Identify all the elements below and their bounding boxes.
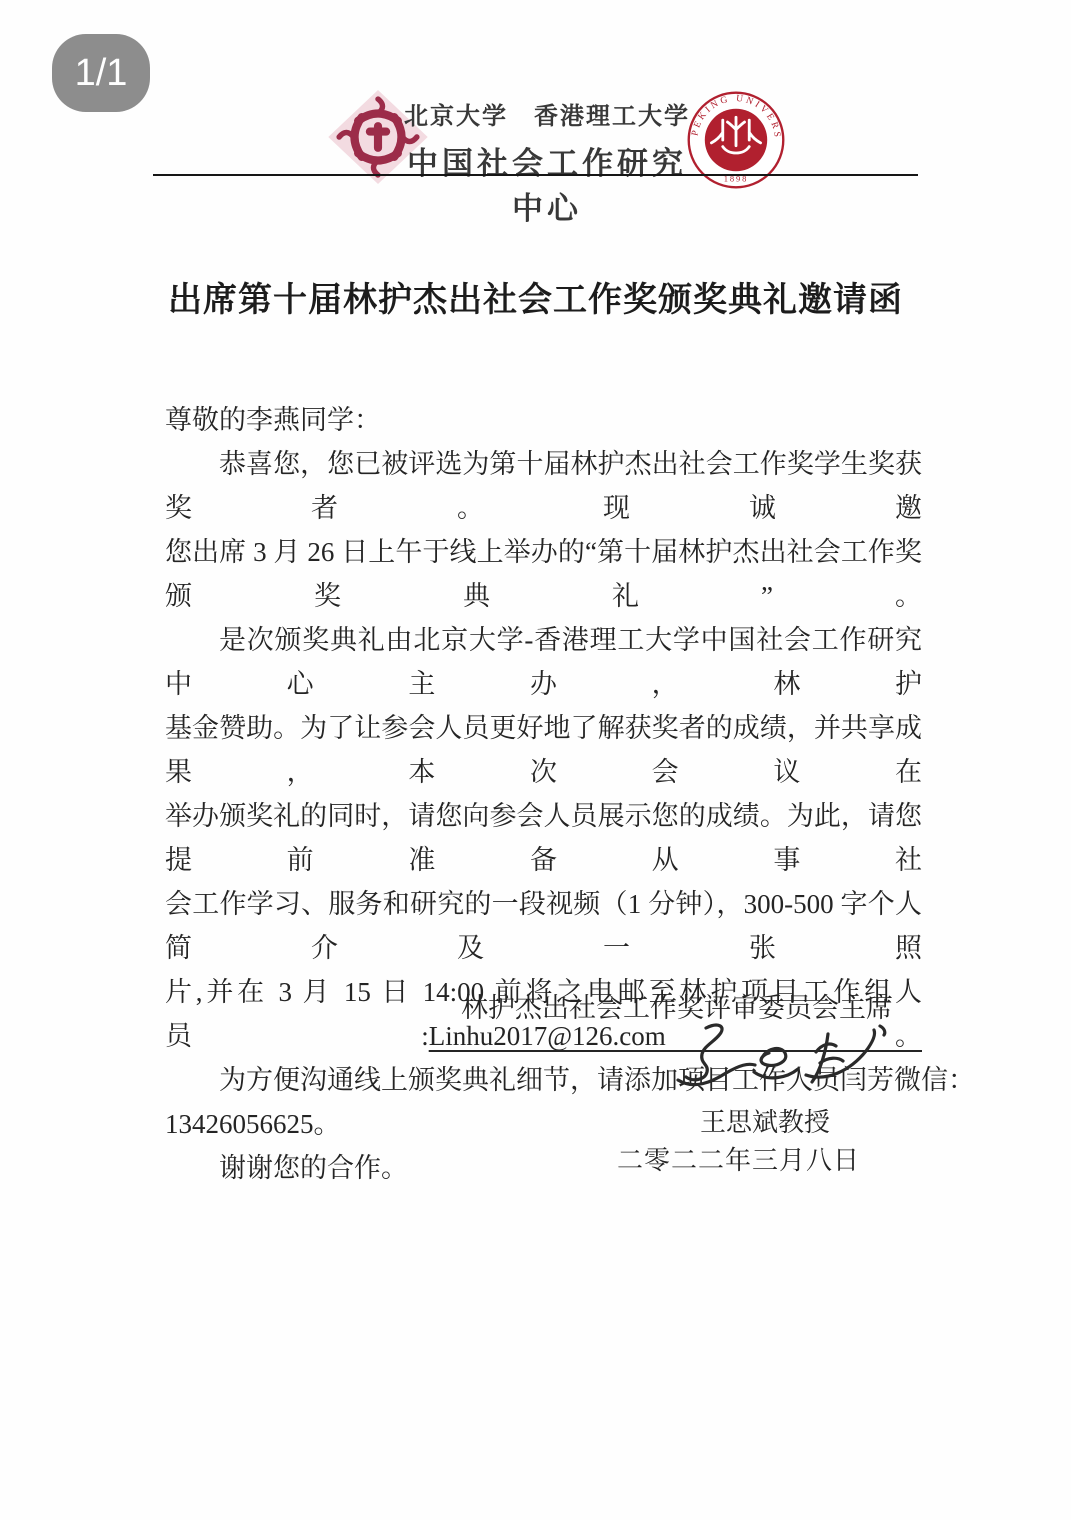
letter-line: 基金赞助。为了让参会人员更好地了解获奖者的成绩，并共享成果，本次会议在	[165, 706, 922, 794]
salutation-line: 尊敬的李燕同学：	[165, 398, 922, 442]
letter-title: 出席第十届林护杰出社会工作奖颁奖典礼邀请函	[0, 272, 1071, 321]
letter-date: 二零二二年三月八日	[617, 1140, 860, 1177]
handwritten-signature-icon	[668, 1018, 916, 1105]
scanned-letter-page: 1/1 北京大学 香港理工大学 中国社会工作研究中心	[0, 0, 1071, 1520]
page-number-label: 1/1	[75, 52, 128, 95]
letter-line: 是次颁奖典礼由北京大学-香港理工大学中国社会工作研究中心主办，林护	[165, 618, 922, 706]
signer-name: 王思斌教授	[700, 1102, 830, 1139]
page-number-badge: 1/1	[52, 34, 150, 112]
org-name-line2: 中国社会工作研究中心	[402, 138, 692, 228]
letter-line: 会工作学习、服务和研究的一段视频（1 分钟），300-500 字个人简介及一张照	[165, 882, 922, 970]
letter-line: 举办颁奖礼的同时，请您向参会人员展示您的成绩。为此，请您提前准备从事社	[165, 794, 922, 882]
header-divider	[153, 174, 918, 176]
letter-line: 您出席 3 月 26 日上午于线上举办的“第十届林护杰出社会工作奖颁奖典礼”。	[165, 530, 922, 618]
letter-line: 恭喜您，您已被评选为第十届林护杰出社会工作奖学生奖获奖者。现诚邀	[165, 442, 922, 530]
org-name-line1: 北京大学 香港理工大学	[402, 96, 692, 131]
org-name-block: 北京大学 香港理工大学 中国社会工作研究中心	[402, 96, 692, 228]
pku-seal-icon: PEKING UNIVERSITY 1898	[684, 88, 788, 197]
